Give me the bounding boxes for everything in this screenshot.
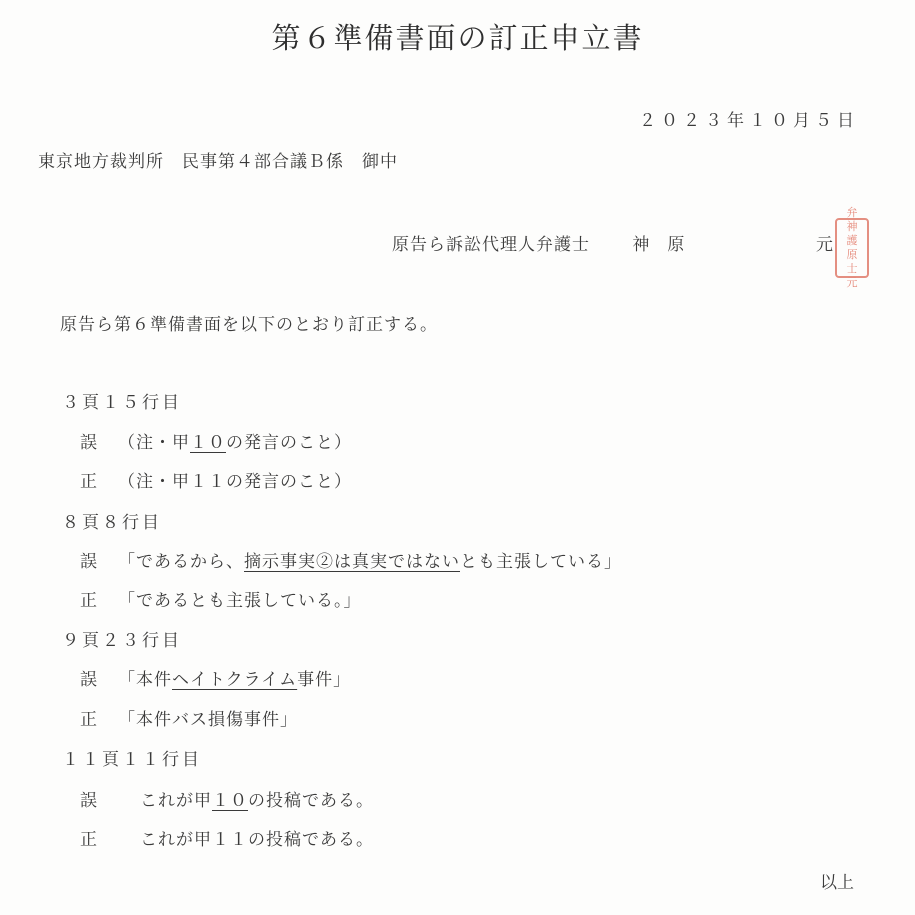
correction-right: 正「であるとも主張している。」 [80,586,362,611]
correction-location: １１頁１１行目 [62,745,202,770]
document-date: ２０２３年１０月５日 [639,106,859,131]
addressee: 東京地方裁判所 民事第４部合議Ｂ係 御中 [38,147,398,172]
correction-right: 正これが甲１１の投稿である。 [80,825,374,850]
correction-right: 正「本件バス損傷事件」 [80,705,298,730]
correction-wrong: 誤「本件ヘイトクライム事件」 [80,665,351,690]
correction-wrong: 誤（注・甲１０の発言のこと） [80,428,352,453]
correction-location: ３頁１５行目 [62,388,182,413]
underlined-text: １０ [190,433,226,453]
correction-location: ９頁２３行目 [62,626,182,651]
wrong-label: 誤 [80,428,118,453]
wrong-label: 誤 [80,547,118,572]
right-label: 正 [80,825,118,850]
correction-wrong: 誤これが甲１０の投稿である。 [80,786,374,811]
document-title: 第６準備書面の訂正申立書 [0,16,915,57]
correction-right: 正（注・甲１１の発言のこと） [80,467,352,492]
right-label: 正 [80,586,118,611]
underlined-text: １０ [212,791,248,811]
intro-statement: 原告ら第６準備書面を以下のとおり訂正する。 [60,310,438,335]
signatory-surname: 神原 [632,230,702,255]
underlined-text: 摘示事実②は真実ではない [244,552,460,572]
signature-line: 原告ら訴訟代理人弁護士 神原 元 [392,230,702,255]
underlined-text: ヘイトクライム [172,670,297,690]
closing-mark: 以上 [820,868,854,893]
seal-stamp-icon: 弁神 護原 士元 [835,218,869,278]
right-label: 正 [80,705,118,730]
signatory-given-name: 元 [816,230,834,255]
right-label: 正 [80,467,118,492]
correction-wrong: 誤「であるから、摘示事実②は真実ではないとも主張している」 [80,547,622,572]
wrong-label: 誤 [80,786,118,811]
signatory-role: 原告ら訴訟代理人弁護士 [392,230,590,255]
wrong-label: 誤 [80,665,118,690]
correction-location: ８頁８行目 [62,508,162,533]
